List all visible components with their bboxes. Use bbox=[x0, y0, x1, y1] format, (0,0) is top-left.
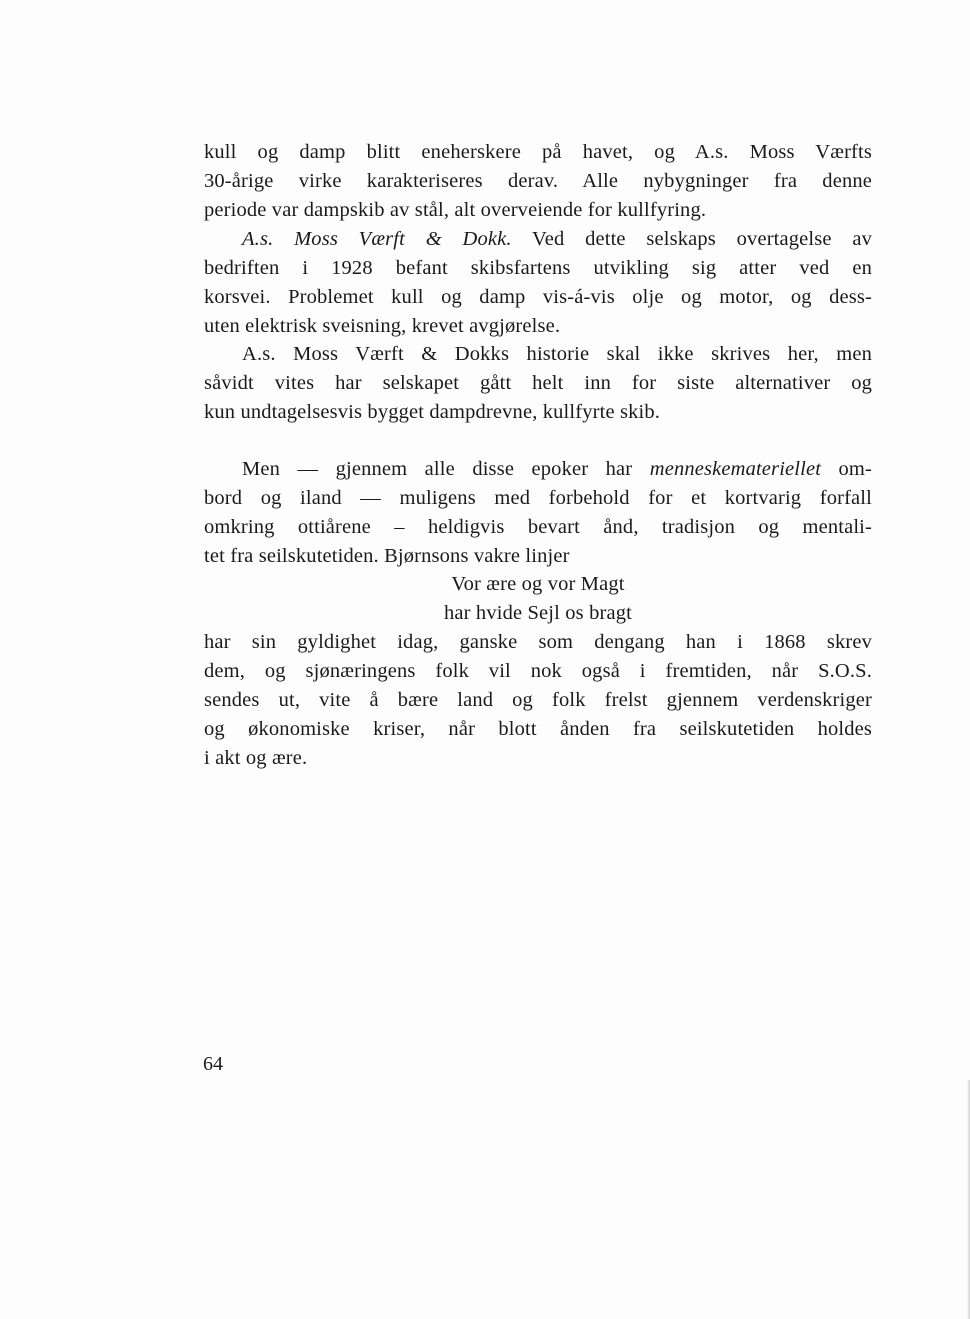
italic-emphasis: menneskemateriellet bbox=[650, 458, 821, 480]
page-number: 64 bbox=[203, 1052, 223, 1076]
text-line: dem, og sjønæringens folk vil nok også i… bbox=[204, 657, 872, 686]
verse-line: Vor ære og vor Magt bbox=[204, 570, 872, 599]
text-line: kun undtagelsesvis bygget dampdrevne, ku… bbox=[204, 398, 872, 427]
text-line: tet fra seilskutetiden. Bjørnsons vakre … bbox=[204, 542, 872, 571]
text-line: uten elektrisk sveisning, krevet avgjøre… bbox=[204, 312, 872, 341]
text-fragment: Men — gjennem alle disse epoker har bbox=[242, 458, 650, 480]
text-line: periode var dampskib av stål, alt overve… bbox=[204, 196, 872, 225]
text-line: A.s. Moss Værft & Dokk. Ved dette selska… bbox=[204, 225, 872, 254]
book-page: kull og damp blitt eneherskere på havet,… bbox=[0, 0, 970, 1319]
text-line: kull og damp blitt eneherskere på havet,… bbox=[204, 138, 872, 167]
text-fragment: om- bbox=[821, 458, 872, 480]
text-line: korsvei. Problemet kull og damp vis-á-vi… bbox=[204, 283, 872, 312]
text-line: og økonomiske kriser, når blott ånden fr… bbox=[204, 715, 872, 744]
text-line: i akt og ære. bbox=[204, 744, 872, 773]
text-line: bedriften i 1928 befant skibsfartens utv… bbox=[204, 254, 872, 283]
text-line: omkring ottiårene – heldigvis bevart ånd… bbox=[204, 513, 872, 542]
text-line: 30-årige virke karakteriseres derav. All… bbox=[204, 167, 872, 196]
text-line: har sin gyldighet idag, ganske som denga… bbox=[204, 628, 872, 657]
italic-company-name: A.s. Moss Værft & Dokk. bbox=[242, 228, 512, 250]
text-fragment: Ved dette selskaps overtagelse av bbox=[512, 228, 872, 250]
text-line: A.s. Moss Værft & Dokks historie skal ik… bbox=[204, 340, 872, 369]
text-line: sendes ut, vite å bære land og folk frel… bbox=[204, 686, 872, 715]
verse-line: har hvide Sejl os bragt bbox=[204, 599, 872, 628]
text-line: bord og iland — muligens med forbehold f… bbox=[204, 484, 872, 513]
text-line: Men — gjennem alle disse epoker har menn… bbox=[204, 455, 872, 484]
text-line: såvidt vites har selskapet gått helt inn… bbox=[204, 369, 872, 398]
